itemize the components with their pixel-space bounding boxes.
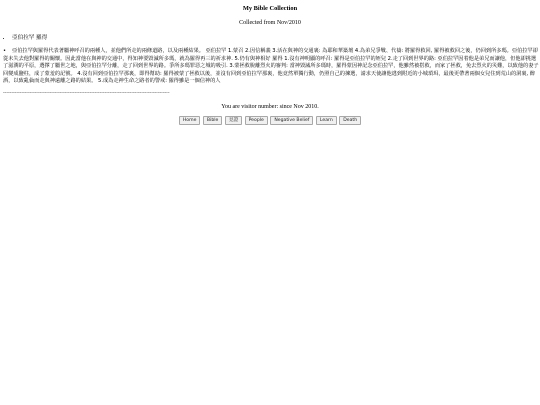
topic-list: 亞伯拉罕 羅得 xyxy=(0,33,540,41)
page: My Bible Collection Collected from Nov/2… xyxy=(0,5,540,125)
content-paragraph: 亞伯拉罕與羅得代表著屬神呼召的兩種人，並他們所走的兩條道路，以及兩種結果。 亞伯… xyxy=(3,48,540,86)
topic-heading: 亞伯拉罕 羅得 xyxy=(12,33,540,41)
visitor-counter: You are visitor number: since Nov 2010. xyxy=(0,104,540,110)
nav-bar: Home Bible 見證 People Negative Belief Lea… xyxy=(0,116,540,125)
nav-bible-button[interactable]: Bible xyxy=(203,116,222,125)
nav-negative-belief-button[interactable]: Negative Belief xyxy=(270,116,313,125)
nav-testimony-button[interactable]: 見證 xyxy=(225,116,242,125)
divider: ----------------------------------------… xyxy=(3,91,246,96)
nav-learn-button[interactable]: Learn xyxy=(316,116,337,125)
nav-people-button[interactable]: People xyxy=(245,116,268,125)
nav-home-button[interactable]: Home xyxy=(179,116,201,125)
page-title: My Bible Collection xyxy=(0,5,540,12)
content-list: 亞伯拉罕與羅得代表著屬神呼召的兩種人，並他們所走的兩條道路，以及兩種結果。 亞伯… xyxy=(0,48,540,86)
nav-death-button[interactable]: Death xyxy=(339,116,361,125)
page-subtitle: Collected from Nov/2010 xyxy=(0,20,540,26)
